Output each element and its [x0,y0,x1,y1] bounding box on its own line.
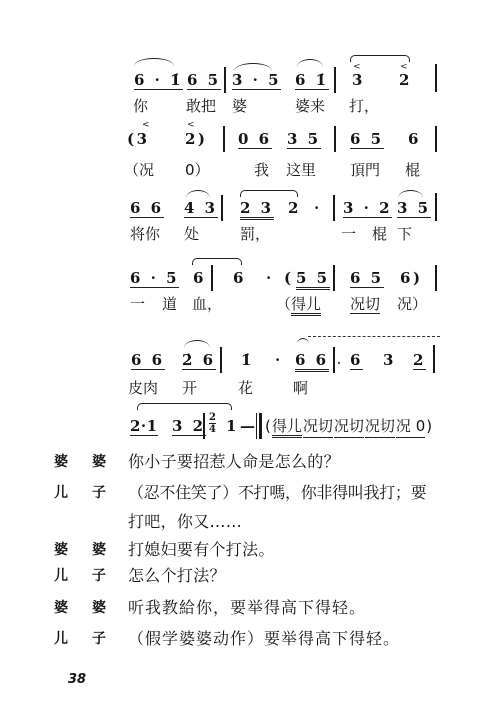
note-group: 4 3 [184,199,218,218]
augmentation-dot: · [275,351,283,369]
lyric: 罰， [240,225,270,243]
lyric: 敢把 [186,97,216,115]
vocable: 况切 [365,417,395,438]
lyric: 棍 [405,161,420,179]
barline [223,126,225,152]
note-group: 1 [226,417,239,435]
dialogue-text: 你小子要招惹人命是怎么的？ [128,453,340,471]
note-group: 2 [288,199,301,217]
augmentation-dot: · [314,199,322,217]
barline [433,345,435,373]
lyric: 处 [184,225,199,243]
lyric: 你 [133,97,148,115]
slur [186,190,210,198]
slur-bracket [137,403,232,410]
time-signature-denominator: 4 [209,423,216,435]
barline [333,347,335,373]
barline [435,193,437,221]
speaker-label: 子 [92,484,106,502]
slur-start [297,338,309,344]
lyric: 况） [397,295,427,313]
paren-open: ( [265,417,271,438]
lyric: 得儿 [291,295,321,316]
dialogue-text: （假学婆婆动作）要举得高下得轻。 [128,630,400,648]
lyric: 血， [192,295,222,313]
note-group: 6 · 1̇ [134,71,183,90]
lyric: 况切 [350,295,380,314]
note-group: 2 [399,71,412,89]
vocable: 况切 [334,417,364,438]
note-group: 6 6 [295,351,329,372]
barline [224,67,226,93]
vocable: 况 0 [396,417,425,438]
speaker-label: 儿 [54,484,68,502]
note-group: 3 [352,71,365,89]
barline [333,265,335,291]
note-group: 6 5 [350,269,384,288]
lyric: 这里 [286,161,316,179]
lyric: （ [276,295,291,313]
vocable: 况切 [303,417,333,438]
speaker-label: 儿 [54,567,68,585]
note-group: 3 5 [287,130,321,149]
note-group: 2·1 [130,417,158,436]
barline [334,126,336,152]
note-group: 1̇ [241,351,254,369]
barline [435,126,437,152]
lyric: 棍 [372,225,387,243]
note-group: 3 · 5 [232,71,281,90]
note-group: 3 2 [172,417,206,436]
slur [134,58,174,66]
note-group: 6 [193,269,206,287]
lyric: 啊 [293,379,308,397]
note-group: 5 5 [296,269,330,290]
note-group: 6 [400,269,413,287]
note-group: 3 5 [397,199,431,218]
lyric: 婆来 [295,97,325,115]
speaker-label: 婆 [92,453,106,471]
note-group: 6 [350,351,363,370]
barline [221,195,223,221]
speaker-label: 婆 [54,541,68,559]
note-group: 3 [383,351,396,369]
speaker-label: 婆 [92,541,106,559]
double-barline-thick [259,413,262,439]
speaker-label: 子 [92,567,106,585]
barline [203,413,205,439]
dialogue-text: 听我教給你，要举得高下得轻。 [128,599,366,617]
lyric: 将你 [130,225,160,243]
score-page: 6 · 1̇ 6 5 3 · 5 6 1̇ < 3 < 2 你 敢把 婆 婆来 … [0,0,490,722]
slur [184,340,210,348]
barline [211,265,213,291]
note-group: 2 3 [240,199,274,220]
note-group: 0 6 [238,130,272,149]
repeat-dot [338,362,340,364]
speaker-label: 子 [92,630,106,648]
page-number: 38 [68,672,86,688]
speaker-label: 儿 [54,630,68,648]
barline [435,64,437,92]
time-signature: 2 4 [209,413,216,435]
slur [234,63,272,71]
barline [333,195,335,221]
lyric: 一 [341,225,356,243]
slur-bracket [192,258,242,265]
interlude-vocables: ( 得儿 况切 况切 况切 况 0 ) [265,417,432,438]
double-barline-thin [256,413,257,439]
note-group: 6 5 [350,130,384,149]
dialogue-text: （忍不住笑了）不打嗎，你非得叫我打；要 [128,484,426,502]
dialogue-text: 怎么个打法？ [128,567,226,585]
vocable: 得儿 [272,417,302,438]
note-group: 6 · 5 [130,269,179,288]
lyric: 开 [182,379,197,397]
dashed-slur-extension [308,336,440,337]
time-signature-numerator: 2 [209,413,216,423]
note-group: 3 · 2 [343,199,392,218]
dialogue-text-continued: 打吧，你又…… [128,513,242,531]
speaker-label: 婆 [54,599,68,617]
barline [334,67,336,93]
augmentation-dot: · [266,269,274,287]
lyric: 花 [238,379,253,397]
note-group: 2̇ 6 [182,351,216,370]
lyric: 皮肉 [128,379,158,397]
paren-close: ) [413,269,423,287]
lyric: 道 [162,295,177,313]
lyric: 婆 [232,97,247,115]
accent-mark: < [187,121,195,130]
barline [435,265,437,291]
accent-mark: < [142,121,150,130]
paren-open: ( [284,269,294,287]
note-group: 6 [233,269,246,287]
slur [297,59,323,67]
note-group: 6 1̇ [295,71,329,90]
lyric: 0） [185,161,210,179]
lyric: 打， [349,97,379,115]
dialogue-text: 打媳妇要有个打法。 [128,541,275,559]
lyric: 一 [130,295,145,313]
lyric: （况 [124,161,154,179]
speaker-label: 婆 [92,599,106,617]
note-group: 6 6 [131,351,165,370]
note-group: 6 5 [187,71,221,90]
extension-dash: — [240,417,255,435]
note-group: 6 6 [130,199,164,218]
lyric: 頂門 [350,161,380,179]
speaker-label: 婆 [54,453,68,471]
paren-close: ) [426,417,432,438]
slur [398,190,423,198]
slur-bracket [240,190,298,197]
slur-bracket [350,55,410,62]
note-group: 2 [413,351,426,370]
lyric: 下 [397,225,412,243]
barline [220,347,222,373]
note-group: 2) [185,130,208,148]
note-group: (3 [127,130,150,148]
lyric: 我 [254,161,269,179]
note-group: 6 [408,130,421,148]
